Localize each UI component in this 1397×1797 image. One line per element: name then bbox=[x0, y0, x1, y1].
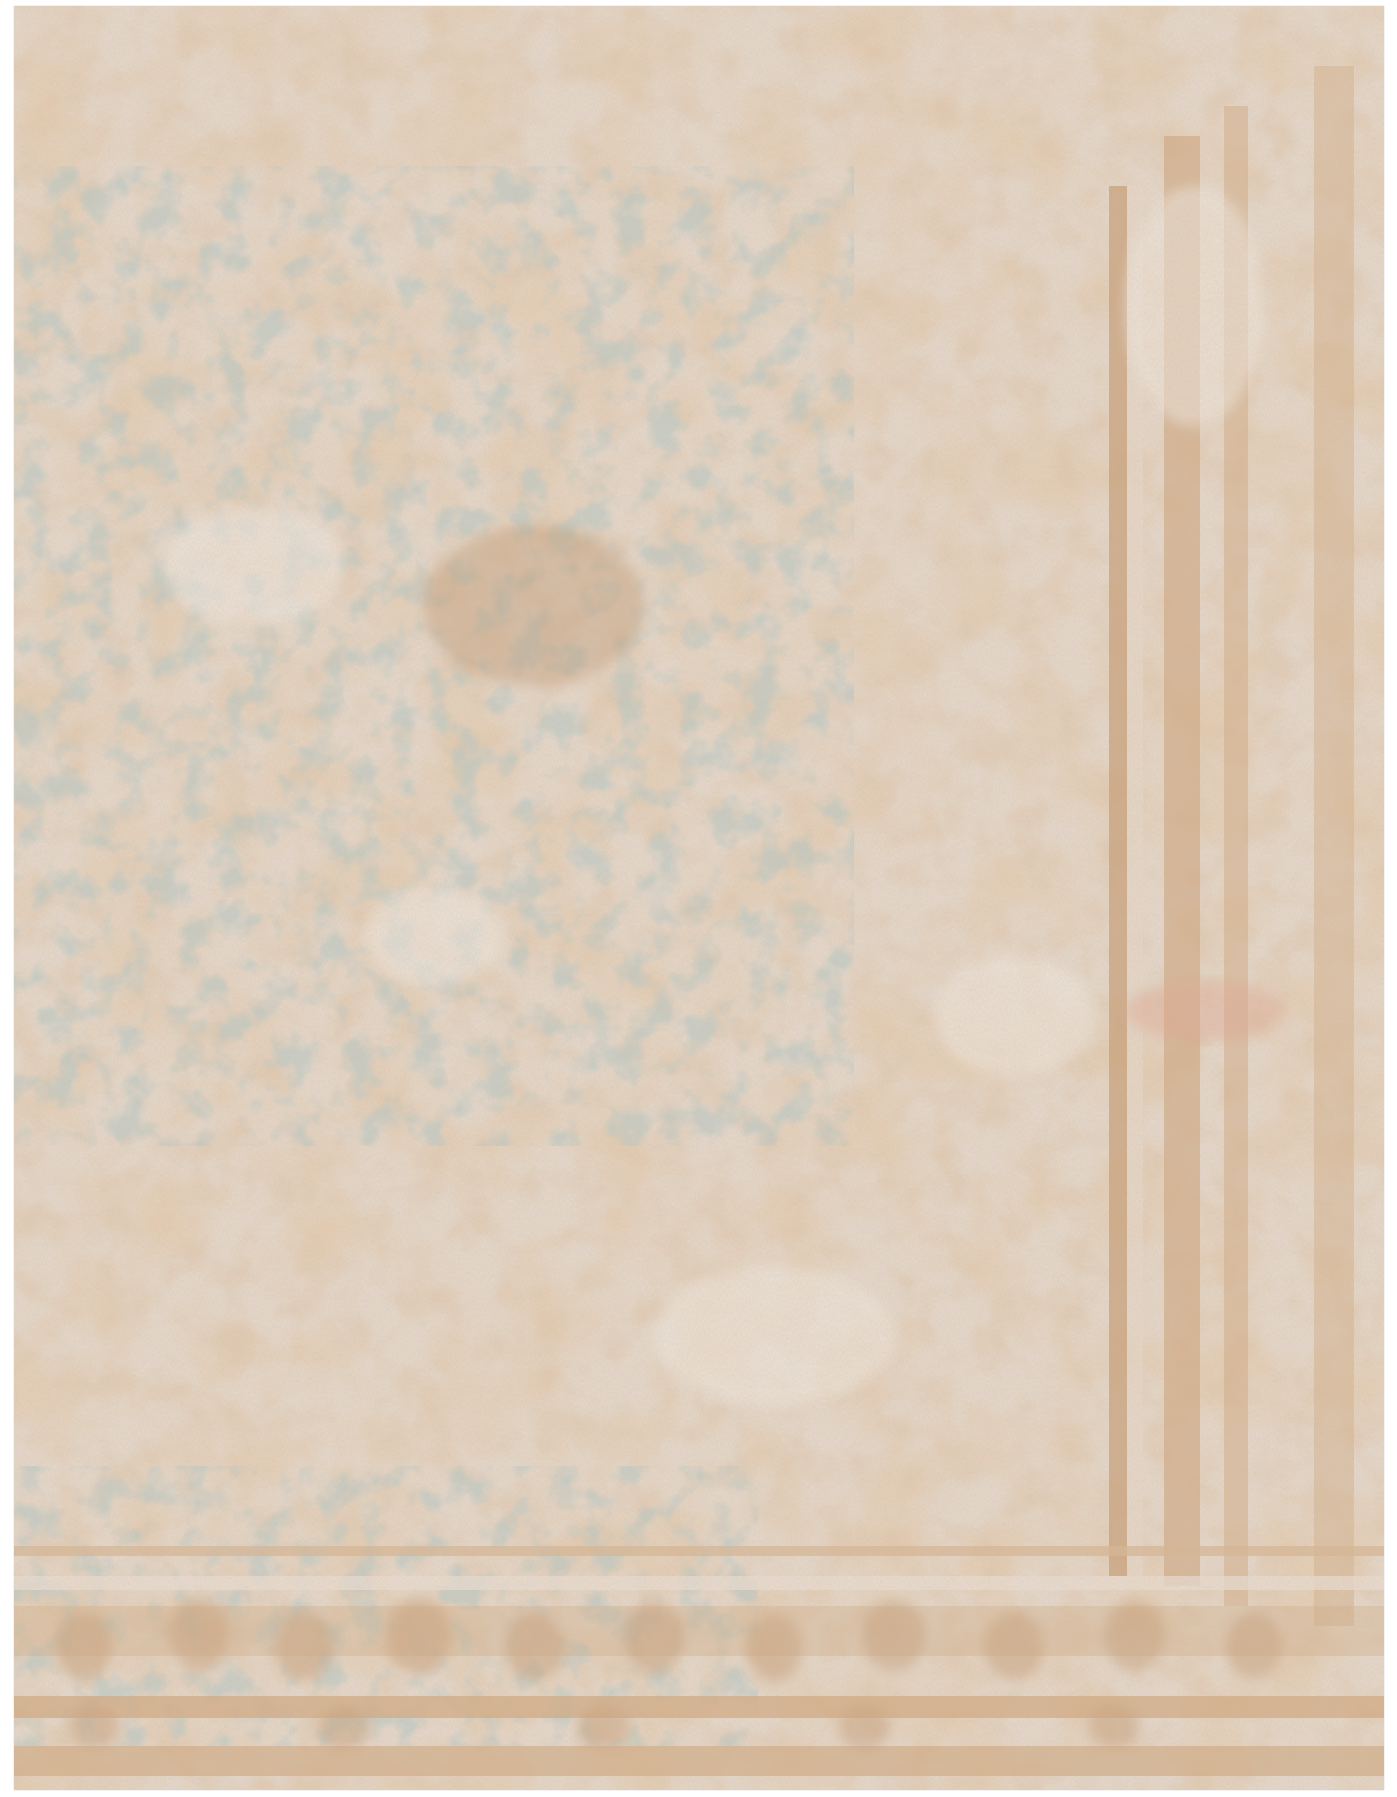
rug-photo: Faded overdyed vintage rug in cream, tan… bbox=[14, 6, 1384, 1790]
rug-texture bbox=[14, 6, 1384, 1790]
